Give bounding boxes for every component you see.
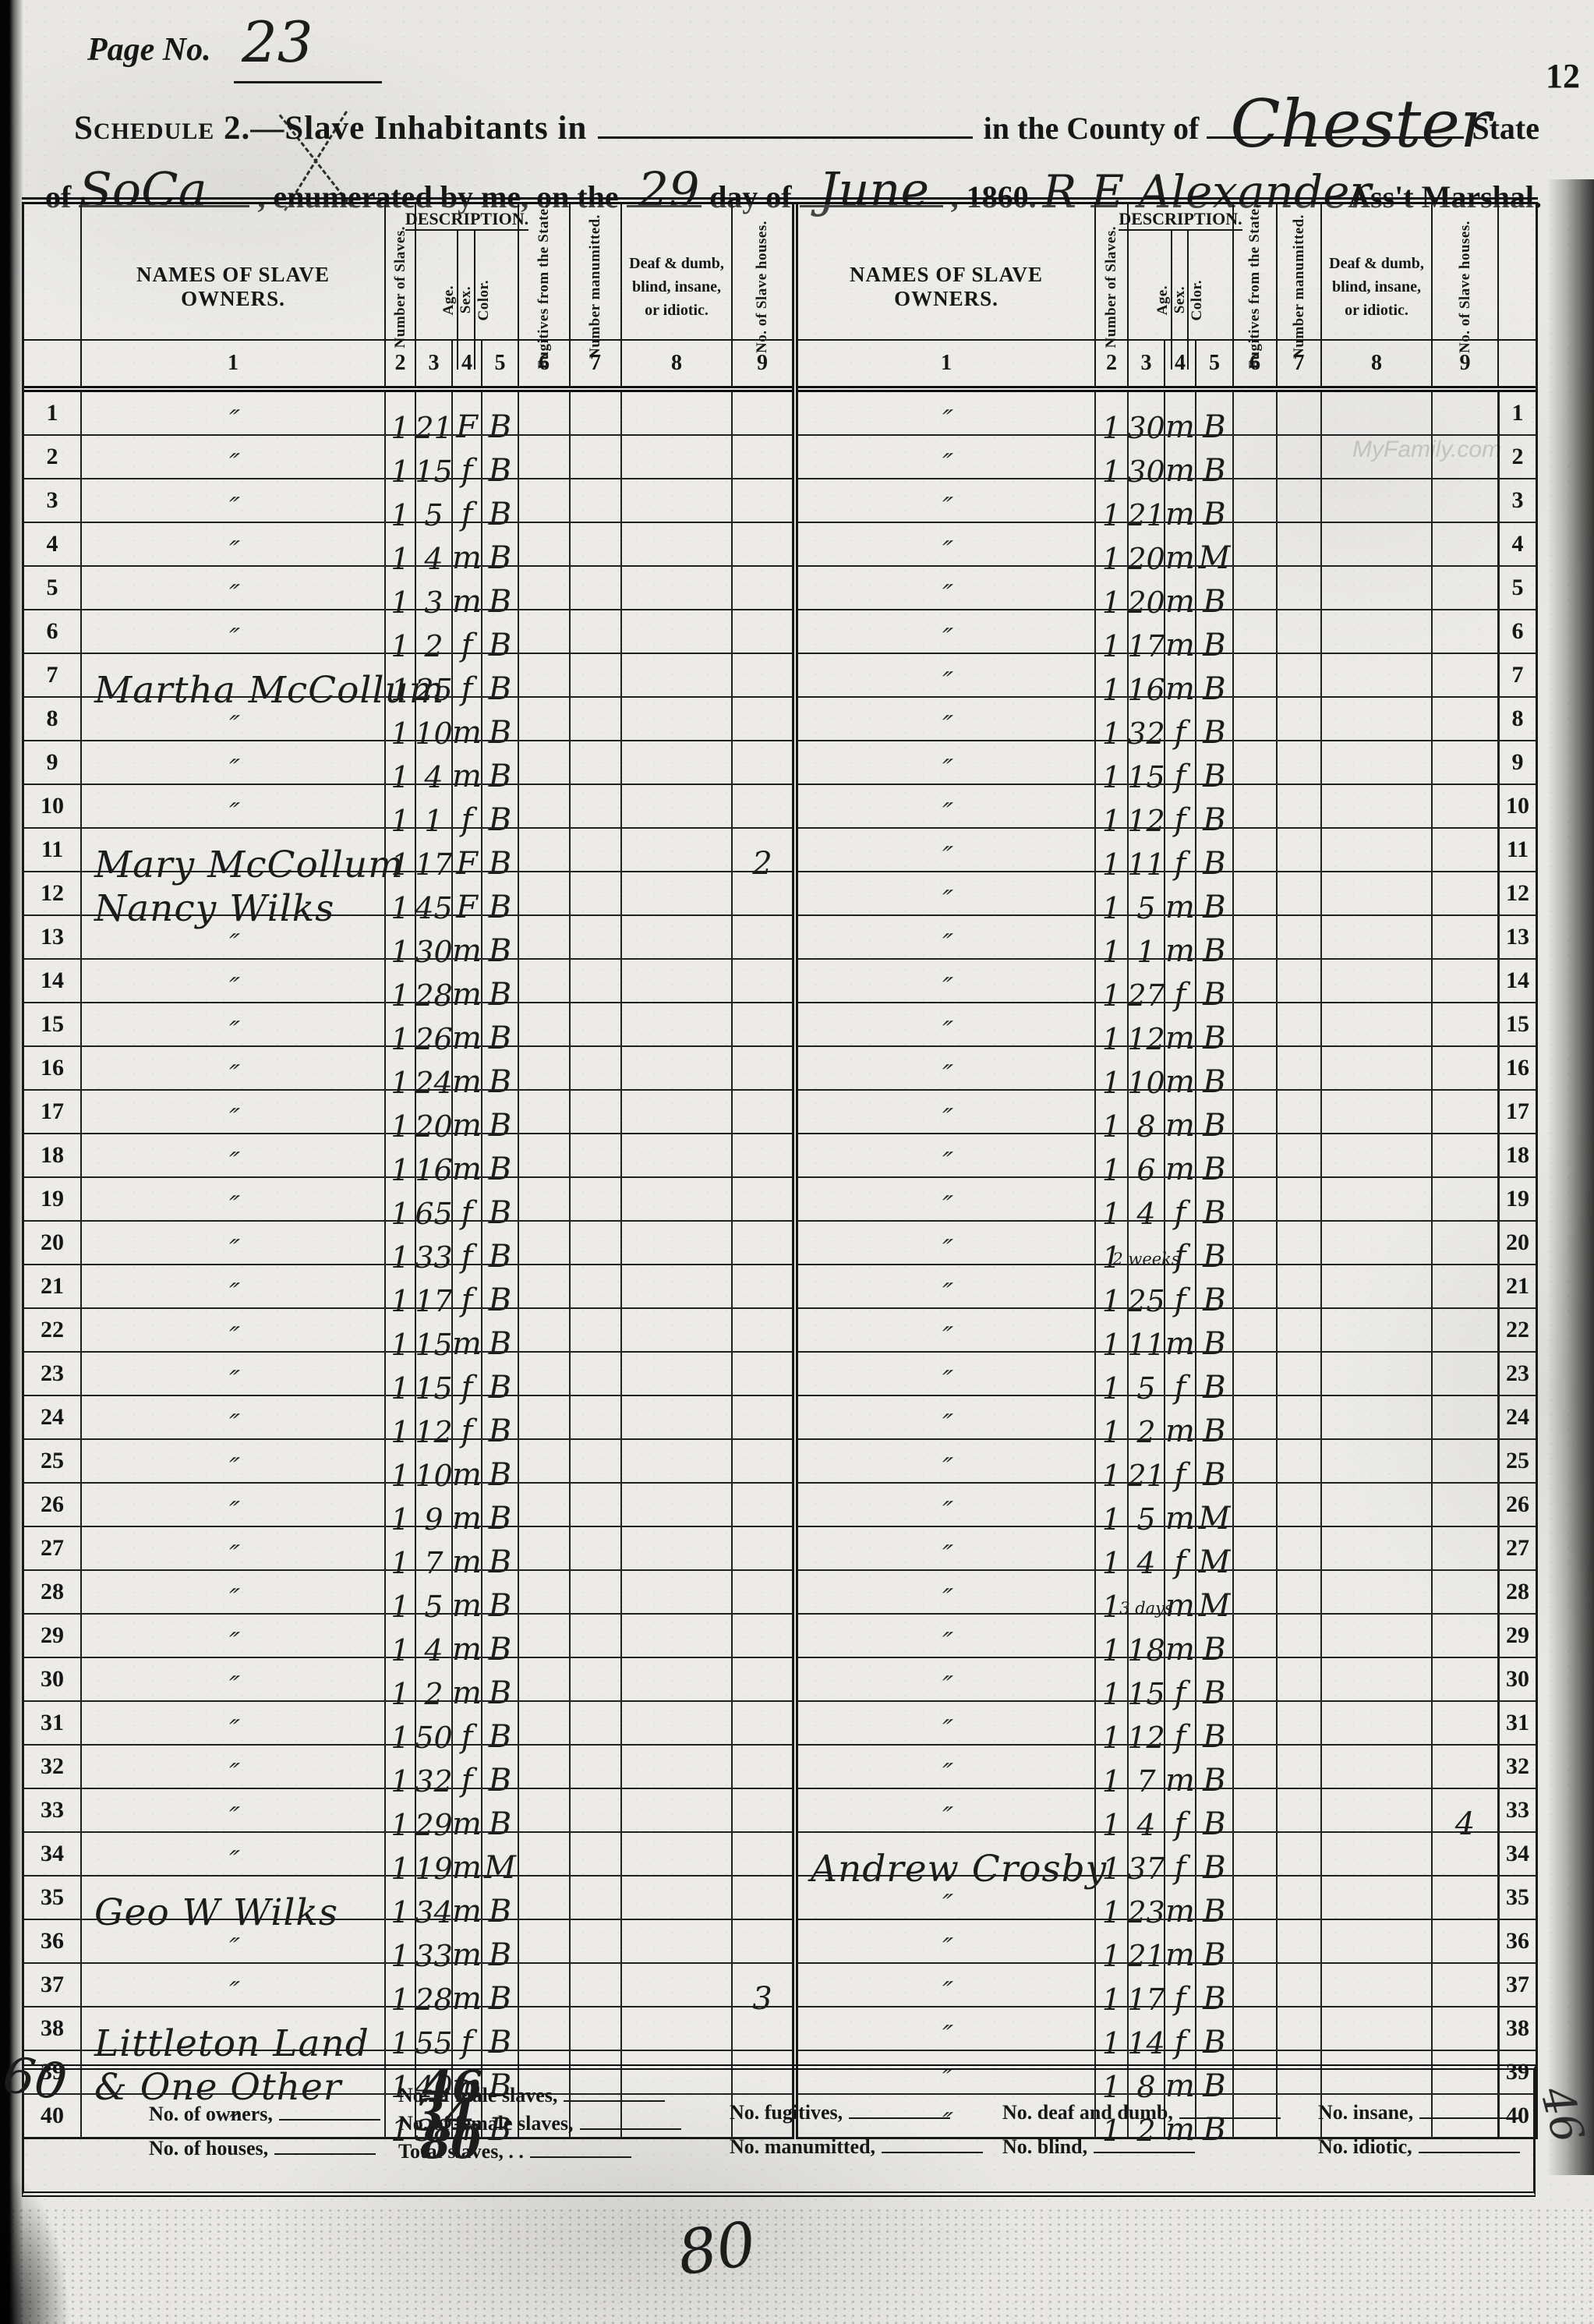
cell-manumitted [571,479,622,522]
cell-slave-houses [733,610,792,653]
ditto-mark: ″ [798,1440,1096,1482]
row-number: 37 [24,1964,82,2006]
owner-name: Martha McCollum [82,654,386,696]
row-number: 27 [1499,1527,1536,1569]
cell-color: B [482,436,519,478]
cell-manumitted [1278,523,1322,565]
row-number: 19 [24,1178,82,1220]
table-row: ″116mB7 [798,654,1536,698]
cell-manumitted [571,1222,622,1264]
right-houses-header: No. of Slave houses. [1458,221,1473,353]
cell-sex: m [453,1309,482,1351]
cell-slave-houses [1433,960,1499,1002]
cell-number-of-slaves: 1 [1096,1833,1129,1875]
cell-manumitted [571,1396,622,1438]
cell-fugitives [519,479,571,522]
cell-manumitted [571,1047,622,1089]
ditto-mark: ″ [798,1134,1096,1176]
row-number: 30 [1499,1658,1536,1700]
cell-deaf-dumb-blind [1322,1222,1433,1264]
cell-number-of-slaves: 1 [1096,1396,1129,1438]
cell-manumitted [1278,1877,1322,1919]
cell-number-of-slaves: 1 [1096,567,1129,609]
cell-color: B [482,1702,519,1744]
cell-number-of-slaves: 1 [386,436,416,478]
cell-manumitted [571,1833,622,1875]
cell-number-of-slaves: 1 [1096,1178,1129,1220]
cell-color: B [482,1527,519,1569]
blind-blank [1094,2147,1195,2153]
cell-slave-houses [733,1047,792,1089]
cell-number-of-slaves: 1 [386,1527,416,1569]
cell-slave-houses [1433,829,1499,871]
cell-fugitives [1234,916,1278,958]
table-row: 36″133mB [24,1920,792,1964]
cell-sex: m [453,523,482,565]
cell-color: B [482,698,519,740]
left-number-of-slaves-header: Number of Slaves. [393,226,408,348]
schedule-rest: Slave Inhabitants in [285,109,587,147]
cell-sex: m [453,1440,482,1482]
cell-deaf-dumb-blind [1322,1265,1433,1307]
cell-age: 15 [416,1353,453,1395]
row-number: 16 [24,1047,82,1089]
cell-sex: f [1165,1833,1196,1875]
cell-number-of-slaves: 1 [1096,479,1129,522]
cell-deaf-dumb-blind [622,1877,733,1919]
cell-slave-houses [1433,1746,1499,1788]
fugitives-label: No. fugitives, [730,2101,843,2124]
cell-slave-houses [1433,1003,1499,1045]
cell-slave-houses [1433,1484,1499,1526]
cell-deaf-dumb-blind [1322,872,1433,914]
owner-name: Mary McCollum [82,829,386,871]
table-row: 6″12fB [24,610,792,654]
ditto-mark: ″ [798,1484,1096,1526]
row-number: 4 [24,523,82,565]
left-table: NAMES OF SLAVE OWNERS. Number of Slaves.… [22,204,794,2139]
cell-age: 5 [416,1571,453,1613]
cell-age: 12 [416,1396,453,1438]
cell-deaf-dumb-blind [1322,1658,1433,1700]
cell-deaf-dumb-blind [622,1658,733,1700]
table-row: ″18mB17 [798,1091,1536,1134]
cell-slave-houses [1433,1134,1499,1176]
ditto-mark: ″ [798,1746,1096,1788]
row-number: 31 [1499,1702,1536,1744]
ditto-mark: ″ [798,1964,1096,2006]
cell-color: B [482,1571,519,1613]
cell-age: 29 [416,1789,453,1831]
owners-blank [279,2114,380,2121]
idiotic-label: No. idiotic, [1318,2135,1412,2158]
deaf-blank [1179,2113,1281,2119]
cell-deaf-dumb-blind [1322,567,1433,609]
cell-fugitives [519,1615,571,1657]
cell-manumitted [571,1527,622,1569]
cell-deaf-dumb-blind [1322,1003,1433,1045]
cell-deaf-dumb-blind [622,1134,733,1176]
cell-number-of-slaves: 1 [386,741,416,784]
cell-fugitives [519,785,571,827]
cell-manumitted [1278,1920,1322,1962]
cell-number-of-slaves: 1 [1096,1658,1129,1700]
cell-deaf-dumb-blind [1322,1178,1433,1220]
right-deaf-header: Deaf & dumb,blind, insane,or idiotic. [1322,204,1433,370]
cell-color: B [1196,1309,1234,1351]
cell-manumitted [1278,1484,1322,1526]
cell-age: 11 [1129,829,1165,871]
cell-slave-houses [733,392,792,434]
cell-age: 23 [1129,1877,1165,1919]
cell-sex: m [453,916,482,958]
cell-fugitives [519,1702,571,1744]
cell-age: 26 [416,1003,453,1045]
cell-color: B [482,1746,519,1788]
ditto-mark: ″ [82,960,386,1002]
cell-fugitives [519,1658,571,1700]
cell-age: 17 [416,1265,453,1307]
ditto-mark: ″ [82,785,386,827]
cell-manumitted [1278,785,1322,827]
cell-slave-houses: 4 [1433,1789,1499,1831]
cell-color: B [1196,1877,1234,1919]
row-number: 27 [24,1527,82,1569]
cell-sex: m [453,1789,482,1831]
cell-fugitives [1234,1440,1278,1482]
row-number: 28 [24,1571,82,1613]
table-row: ″123mB35 [798,1877,1536,1920]
ditto-mark: ″ [798,1222,1096,1264]
table-row: 34″119mM [24,1833,792,1877]
row-number: 21 [1499,1265,1536,1307]
cell-number-of-slaves: 1 [1096,741,1129,784]
ditto-mark: ″ [798,960,1096,1002]
cell-manumitted [1278,698,1322,740]
cell-slave-houses [1433,1440,1499,1482]
cell-number-of-slaves: 1 [1096,1527,1129,1569]
ditto-mark: ″ [82,479,386,522]
cell-color: B [1196,916,1234,958]
cell-manumitted [571,785,622,827]
cell-color: B [482,960,519,1002]
page-no-value: 23 [242,14,313,70]
cell-color: B [1196,785,1234,827]
cell-number-of-slaves: 1 [386,1003,416,1045]
cell-sex: m [1165,1396,1196,1438]
cell-age: 30 [416,916,453,958]
cell-deaf-dumb-blind [1322,1353,1433,1395]
cell-number-of-slaves: 1 [386,785,416,827]
cell-manumitted [1278,2007,1322,2050]
cell-manumitted [571,1091,622,1133]
cell-sex: m [1165,1746,1196,1788]
cell-sex: f [453,479,482,522]
row-number: 29 [1499,1615,1536,1657]
cell-age: 4 [416,741,453,784]
cell-sex: f [453,1265,482,1307]
cell-deaf-dumb-blind [622,829,733,871]
cell-manumitted [571,698,622,740]
cell-sex: m [453,567,482,609]
margin-note-bottom-left: 60 [0,2046,70,2113]
ditto-mark: ″ [798,610,1096,653]
cell-sex: m [453,1615,482,1657]
cell-number-of-slaves: 1 [1096,1047,1129,1089]
cell-sex: m [1165,479,1196,522]
cell-color: B [482,1440,519,1482]
cell-sex: m [1165,1134,1196,1176]
cell-sex: m [453,1003,482,1045]
cell-slave-houses [733,1396,792,1438]
cell-age: 20 [1129,567,1165,609]
ditto-mark: ″ [82,698,386,740]
table-row: 25″110mB [24,1440,792,1484]
cell-deaf-dumb-blind [1322,1047,1433,1089]
cell-deaf-dumb-blind [1322,436,1433,478]
cell-fugitives [1234,610,1278,653]
cell-fugitives [519,960,571,1002]
female-blank: 34 [580,2124,681,2130]
table-row: Andrew Crosby137fB34 [798,1833,1536,1877]
cell-age: 2 [416,1658,453,1700]
cell-number-of-slaves: 1 [1096,1134,1129,1176]
cell-number-of-slaves: 1 [386,1353,416,1395]
cell-sex: f [1165,1353,1196,1395]
cell-deaf-dumb-blind [622,523,733,565]
ditto-mark: ″ [798,1353,1096,1395]
cell-manumitted [1278,741,1322,784]
cell-color: B [482,1964,519,2006]
cell-sex: f [453,1746,482,1788]
cell-number-of-slaves: 1 [386,829,416,871]
table-row: ″15mM26 [798,1484,1536,1527]
table-row: ″14fB433 [798,1789,1536,1833]
cell-sex: m [1165,610,1196,653]
cell-deaf-dumb-blind [622,1833,733,1875]
cell-deaf-dumb-blind [622,916,733,958]
cell-fugitives [519,1309,571,1351]
cell-age: 3 days [1129,1571,1165,1613]
cell-sex: m [1165,1309,1196,1351]
cell-slave-houses [1433,479,1499,522]
sex-header: Sex. [1172,286,1188,313]
cell-slave-houses [733,1527,792,1569]
cell-number-of-slaves: 1 [386,654,416,696]
cell-color: B [482,1877,519,1919]
left-rownum-header [24,204,82,370]
cell-slave-houses [733,1789,792,1831]
ditto-mark: ″ [798,1047,1096,1089]
cell-slave-houses [1433,567,1499,609]
cell-number-of-slaves: 1 [1096,1964,1129,2006]
cell-color: B [482,1003,519,1045]
cell-age: 17 [416,829,453,871]
ditto-mark: ″ [82,1003,386,1045]
table-row: 2″115fB [24,436,792,479]
cell-color: B [1196,1789,1234,1831]
ditto-mark: ″ [82,523,386,565]
cell-manumitted [571,1702,622,1744]
cell-age: 37 [1129,1833,1165,1875]
row-number: 8 [24,698,82,740]
cell-fugitives [1234,1134,1278,1176]
cell-fugitives [519,1527,571,1569]
cell-sex: m [1165,1047,1196,1089]
row-number: 29 [24,1615,82,1657]
table-row: 4″14mB [24,523,792,567]
cell-slave-houses [1433,436,1499,478]
cell-manumitted [571,2007,622,2050]
table-row: ″13 daysmM28 [798,1571,1536,1615]
cell-fugitives [519,698,571,740]
ditto-mark: ″ [82,1571,386,1613]
cell-color: B [482,1265,519,1307]
cell-fugitives [1234,1309,1278,1351]
cell-number-of-slaves: 1 [386,1309,416,1351]
cell-slave-houses [733,1833,792,1875]
ditto-mark: ″ [82,1789,386,1831]
cell-number-of-slaves: 1 [1096,1440,1129,1482]
table-row: 3″15fB [24,479,792,523]
row-number: 15 [1499,1003,1536,1045]
table-row: ″14fM27 [798,1527,1536,1571]
cell-color: B [482,2007,519,2050]
table-row: 32″132fB [24,1746,792,1789]
cell-color: B [1196,1746,1234,1788]
cell-number-of-slaves: 1 [386,1615,416,1657]
cell-sex: m [1165,523,1196,565]
cell-slave-houses [1433,523,1499,565]
row-number: 17 [1499,1091,1536,1133]
cell-age: 32 [416,1746,453,1788]
cell-age: 2 [416,610,453,653]
cell-number-of-slaves: 1 [386,1440,416,1482]
cell-sex: m [1165,1920,1196,1962]
ditto-mark: ″ [82,1833,386,1875]
row-number: 24 [24,1396,82,1438]
schedule-label: Schedule 2. [74,109,250,147]
cell-manumitted [1278,1746,1322,1788]
row-number: 36 [24,1920,82,1962]
row-number: 28 [1499,1571,1536,1613]
cell-fugitives [1234,1396,1278,1438]
cell-color: B [482,523,519,565]
cell-color: B [1196,610,1234,653]
table-row: 28″15mB [24,1571,792,1615]
cell-fugitives [519,1964,571,2006]
cell-manumitted [1278,1615,1322,1657]
table-row: ″117mB6 [798,610,1536,654]
cell-fugitives [1234,654,1278,696]
cell-age: 30 [1129,392,1165,434]
cell-color: B [482,654,519,696]
cell-age: 55 [416,2007,453,2050]
left-description-header: DESCRIPTION. Age. Sex. Color. [416,204,519,370]
row-number: 26 [24,1484,82,1526]
cell-sex: f [453,1222,482,1264]
ditto-mark: ″ [82,1658,386,1700]
page-no-rule [234,81,382,83]
cell-deaf-dumb-blind [1322,1484,1433,1526]
cell-deaf-dumb-blind [1322,392,1433,434]
cell-manumitted [1278,1833,1322,1875]
cell-color: B [1196,1047,1234,1089]
cell-manumitted [571,1615,622,1657]
ditto-mark: ″ [798,436,1096,478]
footer-deaf-group: No. deaf and dumb, No. blind, [1002,2101,1281,2170]
cell-manumitted [1278,1047,1322,1089]
cell-slave-houses [733,1003,792,1045]
cell-sex: m [453,1877,482,1919]
cell-slave-houses [1433,610,1499,653]
ditto-mark: ″ [798,1702,1096,1744]
cell-manumitted [571,1877,622,1919]
cell-slave-houses [1433,916,1499,958]
cell-fugitives [1234,960,1278,1002]
left-names-header: NAMES OF SLAVE OWNERS. [82,204,386,370]
cell-manumitted [1278,1440,1322,1482]
cell-fugitives [519,872,571,914]
cell-number-of-slaves: 1 [1096,1615,1129,1657]
ditto-mark: ″ [82,1134,386,1176]
cell-number-of-slaves: 1 [386,1877,416,1919]
table-row: ″125fB21 [798,1265,1536,1309]
right-table-body: ″130mB1″130mB2″121mB3″120mM4″120mB5″117m… [798,392,1536,2139]
cell-age: 3 [416,567,453,609]
table-row: ″110mB16 [798,1047,1536,1091]
cell-age: 2 [1129,1396,1165,1438]
cell-fugitives [1234,1833,1278,1875]
table-row: ″14fB19 [798,1178,1536,1222]
cell-color: B [1196,960,1234,1002]
cell-fugitives [1234,523,1278,565]
ditto-mark: ″ [798,741,1096,784]
footer-slave-totals-group: No. of male slaves,46 No. of female slav… [398,2084,681,2174]
cell-manumitted [571,1353,622,1395]
cell-manumitted [571,567,622,609]
cell-fugitives [519,829,571,871]
cell-sex: f [1165,1658,1196,1700]
cell-number-of-slaves: 1 [386,479,416,522]
cell-age: 9 [416,1484,453,1526]
cell-number-of-slaves: 1 [386,567,416,609]
row-number: 6 [1499,610,1536,653]
cell-fugitives [1234,1702,1278,1744]
right-manumitted-header: Number manumitted. [1292,214,1307,359]
cell-deaf-dumb-blind [1322,1309,1433,1351]
cell-manumitted [1278,1178,1322,1220]
cell-number-of-slaves: 1 [386,1789,416,1831]
cell-manumitted [1278,1091,1322,1133]
cell-fugitives [519,1877,571,1919]
cell-fugitives [519,916,571,958]
cell-slave-houses [1433,1920,1499,1962]
cell-age: 10 [416,1440,453,1482]
cell-number-of-slaves: 1 [386,1134,416,1176]
cell-fugitives [1234,1920,1278,1962]
cell-sex: f [1165,698,1196,740]
cell-number-of-slaves: 1 [1096,785,1129,827]
row-number: 18 [24,1134,82,1176]
cell-age: 15 [1129,1658,1165,1700]
cell-manumitted [1278,479,1322,522]
cell-slave-houses [733,436,792,478]
cell-number-of-slaves: 1 [386,610,416,653]
scan-grain-bottom [0,2207,1594,2324]
cell-color: B [482,1222,519,1264]
cell-fugitives [1234,2007,1278,2050]
